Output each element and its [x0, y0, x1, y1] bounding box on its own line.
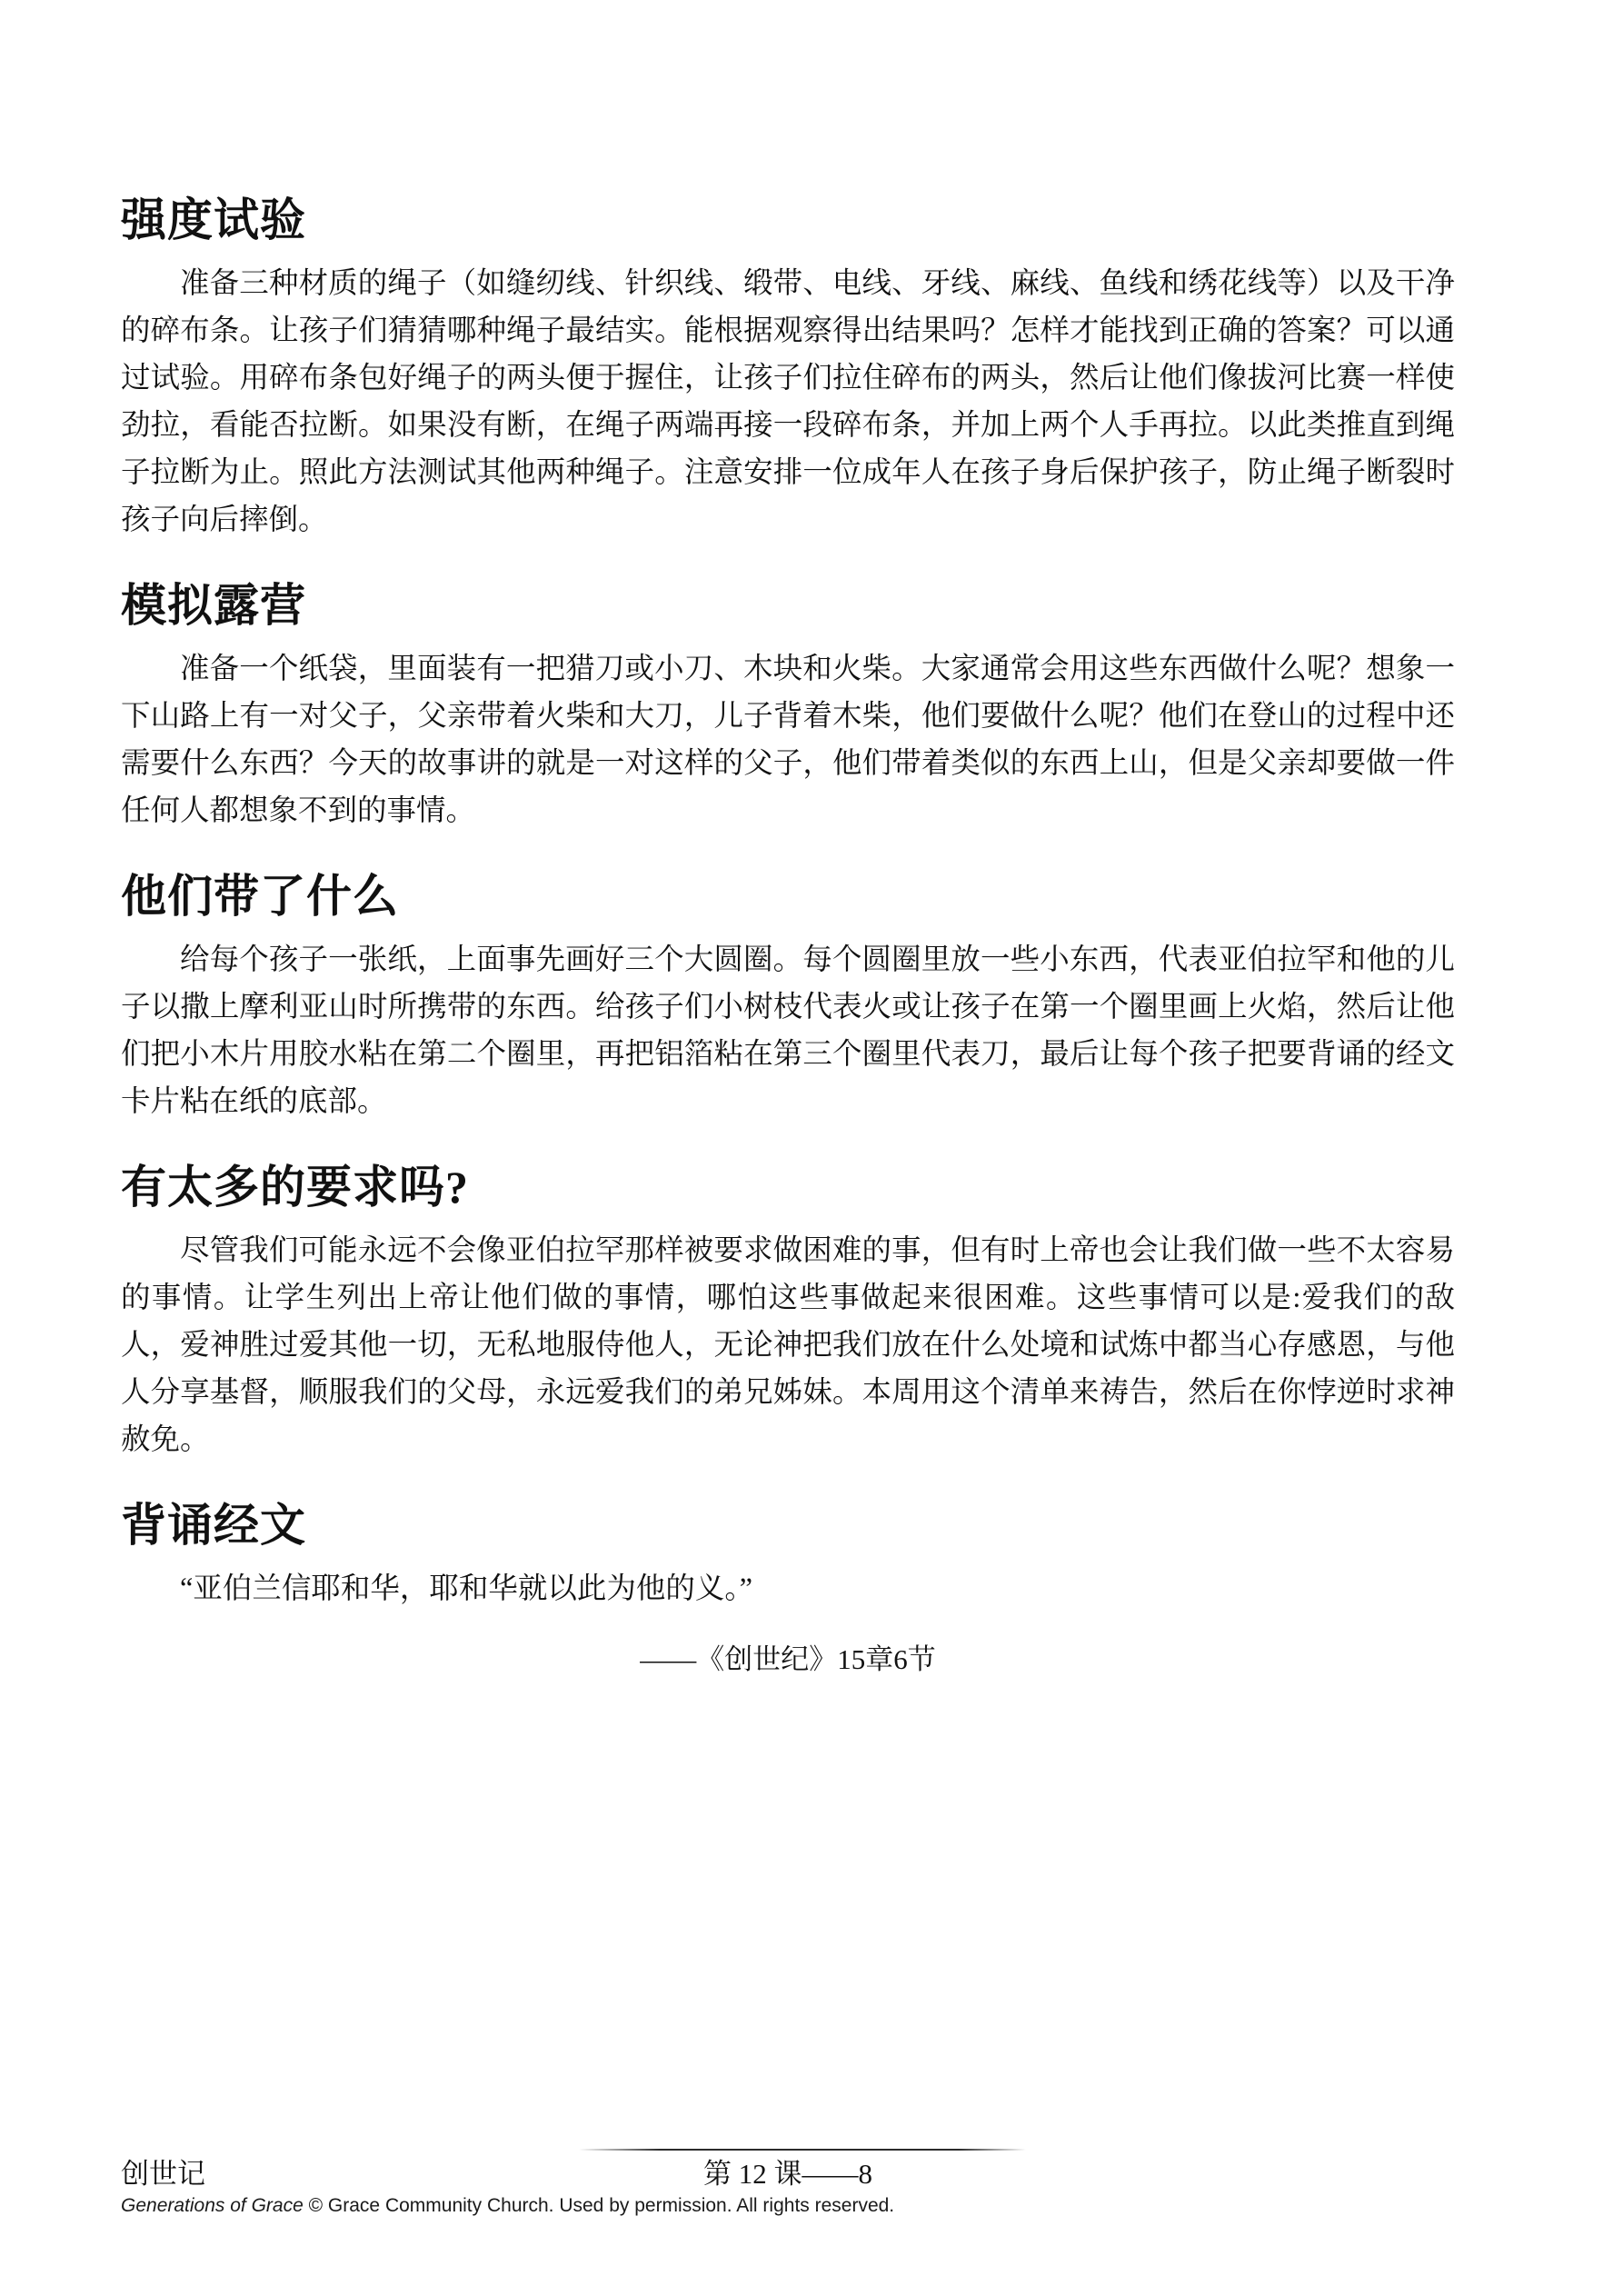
copyright-line: Generations of Grace © Grace Community C…	[121, 2194, 1455, 2218]
section-too-many-demands: 有太多的要求吗? 尽管我们可能永远不会像亚伯拉罕那样被要求做困难的事，但有时上帝…	[121, 1162, 1455, 1463]
section-heading: 背诵经文	[121, 1500, 1455, 1551]
page-footer: 创世记 第 12 课——8	[121, 2156, 1455, 2192]
copyright-series-title: Generations of Grace	[121, 2195, 304, 2216]
verse-reference: ——《创世纪》15章6节	[121, 1636, 1455, 1683]
section-heading: 模拟露营	[121, 580, 1455, 631]
section-memory-verse: 背诵经文 “亚伯兰信耶和华，耶和华就以此为他的义。” ——《创世纪》15章6节	[121, 1500, 1455, 1683]
section-heading: 强度试验	[121, 195, 1455, 245]
section-paragraph: 给每个孩子一张纸，上面事先画好三个大圆圈。每个圆圈里放一些小东西，代表亚伯拉罕和…	[121, 936, 1455, 1125]
copyright-text: © Grace Community Church. Used by permis…	[304, 2195, 894, 2216]
lesson-content: 强度试验 准备三种材质的绳子（如缝纫线、针织线、缎带、电线、牙线、麻线、鱼线和绣…	[121, 195, 1455, 1720]
memory-verse-text: “亚伯兰信耶和华，耶和华就以此为他的义。”	[121, 1565, 1455, 1612]
section-heading: 有太多的要求吗?	[121, 1162, 1455, 1213]
footer-book-title: 创世记	[121, 2156, 205, 2192]
section-heading: 他们带了什么	[121, 871, 1455, 922]
document-page: 强度试验 准备三种材质的绳子（如缝纫线、针织线、缎带、电线、牙线、麻线、鱼线和绣…	[0, 0, 1623, 2296]
section-strength-test: 强度试验 准备三种材质的绳子（如缝纫线、针织线、缎带、电线、牙线、麻线、鱼线和绣…	[121, 195, 1455, 544]
section-mock-camping: 模拟露营 准备一个纸袋，里面装有一把猎刀或小刀、木块和火柴。大家通常会用这些东西…	[121, 580, 1455, 834]
section-what-they-brought: 他们带了什么 给每个孩子一张纸，上面事先画好三个大圆圈。每个圆圈里放一些小东西，…	[121, 871, 1455, 1125]
footer-divider	[579, 2149, 1026, 2151]
section-paragraph: 尽管我们可能永远不会像亚伯拉罕那样被要求做困难的事，但有时上帝也会让我们做一些不…	[121, 1227, 1455, 1463]
footer-page-number: 第 12 课——8	[121, 2156, 1455, 2192]
section-paragraph: 准备一个纸袋，里面装有一把猎刀或小刀、木块和火柴。大家通常会用这些东西做什么呢？…	[121, 645, 1455, 834]
section-paragraph: 准备三种材质的绳子（如缝纫线、针织线、缎带、电线、牙线、麻线、鱼线和绣花线等）以…	[121, 260, 1455, 544]
